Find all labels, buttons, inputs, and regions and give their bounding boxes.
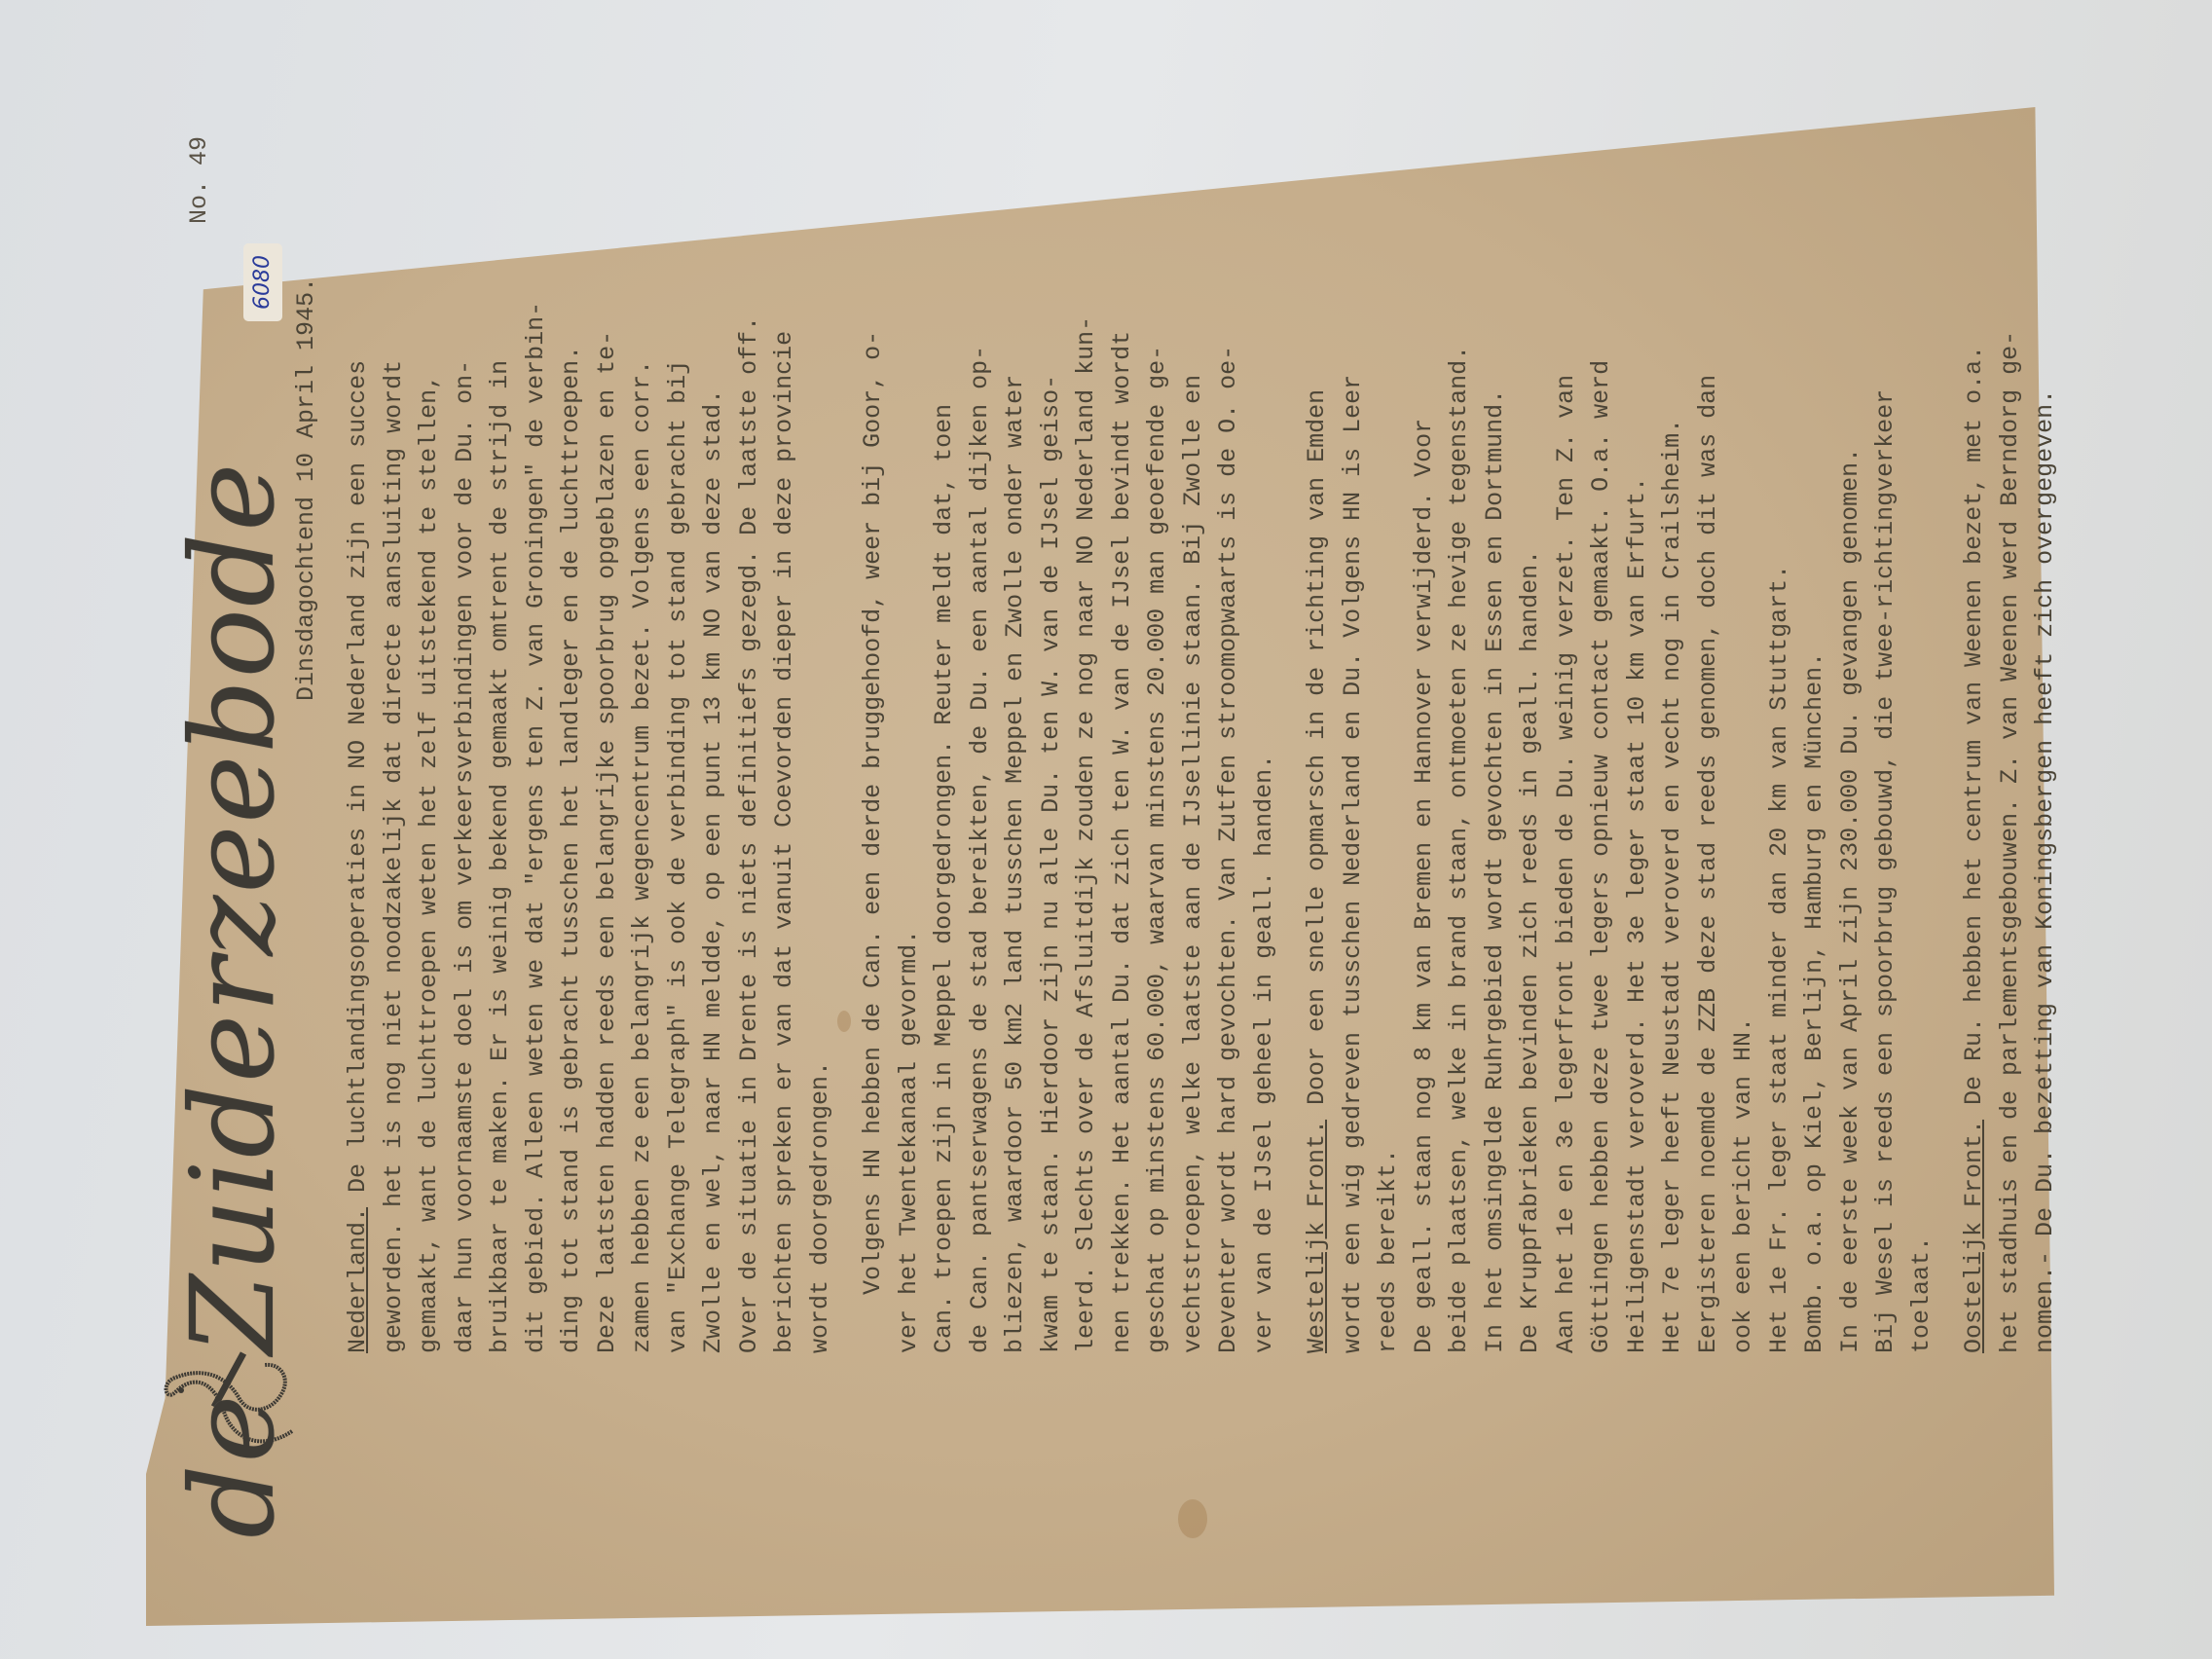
text-line: Over de situatie in Drente is niets defi…	[732, 107, 768, 1353]
section-heading: Westelijk Front.	[1303, 1120, 1331, 1353]
text-line: nen trekken. Het aantal Du. dat zich ten…	[1105, 107, 1141, 1353]
section-heading: Oostelijk Front.	[1960, 1120, 1988, 1353]
masthead-title: de Zuiderzeebode	[166, 461, 300, 1538]
text-line: leerd. Slechts over de Afsluitdijk zoude…	[1069, 107, 1105, 1353]
archive-sticker: 6080	[243, 243, 282, 321]
section-gap	[1939, 107, 1957, 1353]
text-line: de Can. pantserwagens de stad bereikten,…	[963, 107, 999, 1353]
text-line: vechtstroepen, welke laatste aan de IJse…	[1176, 107, 1212, 1353]
line-text: De Ru. hebben het centrum van Weenen bez…	[1960, 346, 1988, 1120]
text-line: Bomb. o.a. op Kiel, Berlijn, Hamburg en …	[1797, 107, 1833, 1353]
document-page: de Zuiderzeebode No. 49 6080 Dinsdagocht…	[156, 97, 1928, 1558]
text-line: ver van de IJsel geheel in geall. handen…	[1247, 107, 1283, 1353]
text-line: wordt doorgedrongen.	[803, 107, 839, 1353]
text-line: Göttingen hebben deze twee legers opnieu…	[1584, 107, 1620, 1353]
text-line: zamen hebben ze een belangrijk wegencent…	[625, 107, 661, 1353]
text-line: Het 1e Fr. leger staat minder dan 20 km …	[1762, 107, 1798, 1353]
text-line: beide plaatsen, welke in brand staan, on…	[1442, 107, 1478, 1353]
article-body: Nederland. De luchtlandingsoperaties in …	[341, 107, 2082, 1353]
text-line: In het omsingelde Ruhrgebied wordt gevoc…	[1478, 107, 1514, 1353]
text-line: ver het Twentekanaal gevormd.	[892, 107, 928, 1353]
text-line: gemaakt, want de luchttroepen weten het …	[412, 107, 448, 1353]
paper-stain	[837, 1011, 851, 1032]
text-line: het stadhuis en de parlementsgebouwen. Z…	[1993, 107, 2029, 1353]
text-line: geworden. het is nog niet noodzakelijk d…	[377, 107, 413, 1353]
text-line: Deventer wordt hard gevochten. Van Zutfe…	[1211, 107, 1247, 1353]
text-line: Nederland. De luchtlandingsoperaties in …	[341, 107, 377, 1353]
section-gap	[838, 107, 856, 1353]
text-line: van "Exchange Telegraph" is ook de verbi…	[661, 107, 697, 1353]
section-gap	[1282, 107, 1300, 1353]
text-line: Can. troepen zijn in Meppel doorgedronge…	[927, 107, 963, 1353]
text-line: De geall. staan nog 8 km van Bremen en H…	[1407, 107, 1443, 1353]
text-line: Westelijk Front. Door een snelle opmarsc…	[1300, 107, 1336, 1353]
paper-stain	[1178, 1499, 1207, 1538]
text-line: Deze laatsten hadden reeds een belangrij…	[590, 107, 626, 1353]
text-line: bruikbaar te maken. Er is weinig bekend …	[483, 107, 519, 1353]
text-line: Oostelijk Front. De Ru. hebben het centr…	[1957, 107, 1993, 1353]
text-line: berichten spreken er van dat vanuit Coev…	[767, 107, 803, 1353]
text-line: ook een bericht van HN.	[1726, 107, 1762, 1353]
text-line: nomen.- De Du. bezetting van Koningsberg…	[2028, 107, 2064, 1353]
section-gap	[2064, 107, 2082, 1353]
text-line: wordt een wig gedreven tusschen Nederlan…	[1336, 107, 1372, 1353]
text-line: De Kruppfabrieken bevinden zich reeds in…	[1513, 107, 1549, 1353]
text-line: geschat op minstens 60.000, waarvan mins…	[1140, 107, 1176, 1353]
text-line: In de eerste week van April zijn 230.000…	[1833, 107, 1869, 1353]
text-line: bliezen, waardoor 50 km2 land tusschen M…	[998, 107, 1034, 1353]
section-heading: Nederland.	[344, 1207, 372, 1353]
issue-number: No. 49	[185, 136, 213, 224]
text-line: Zwolle en wel, naar HN meldde, op een pu…	[696, 107, 732, 1353]
line-text: Door een snelle opmarsch in de richting …	[1303, 389, 1331, 1120]
dateline: Dinsdagochtend 10 April 1945.	[292, 277, 320, 701]
text-line: Aan het 1e en 3e legerfront bieden de Du…	[1549, 107, 1585, 1353]
text-line: daar hun voornaamste doel is om verkeers…	[448, 107, 484, 1353]
text-line: Bij Wesel is reeds een spoorbrug gebouwd…	[1868, 107, 1904, 1353]
text-line: Volgens HN hebben de Can. een derde brug…	[856, 107, 892, 1353]
text-line: Eergisteren noemde de ZZB deze stad reed…	[1691, 107, 1727, 1353]
line-text: De luchtlandingsoperaties in NO Nederlan…	[344, 360, 372, 1207]
text-line: Heiligenstadt veroverd. Het 3e leger sta…	[1620, 107, 1656, 1353]
text-line: dit gebied. Alleen weten we dat "ergens …	[519, 107, 555, 1353]
text-line: ding tot stand is gebracht tusschen het …	[554, 107, 590, 1353]
text-line: kwam te staan. Hierdoor zijn nu alle Du.…	[1034, 107, 1070, 1353]
text-line: Het 7e leger heeft Neustadt veroverd en …	[1655, 107, 1691, 1353]
text-line: toelaat.	[1904, 107, 1940, 1353]
text-line: reeds bereikt.	[1371, 107, 1407, 1353]
